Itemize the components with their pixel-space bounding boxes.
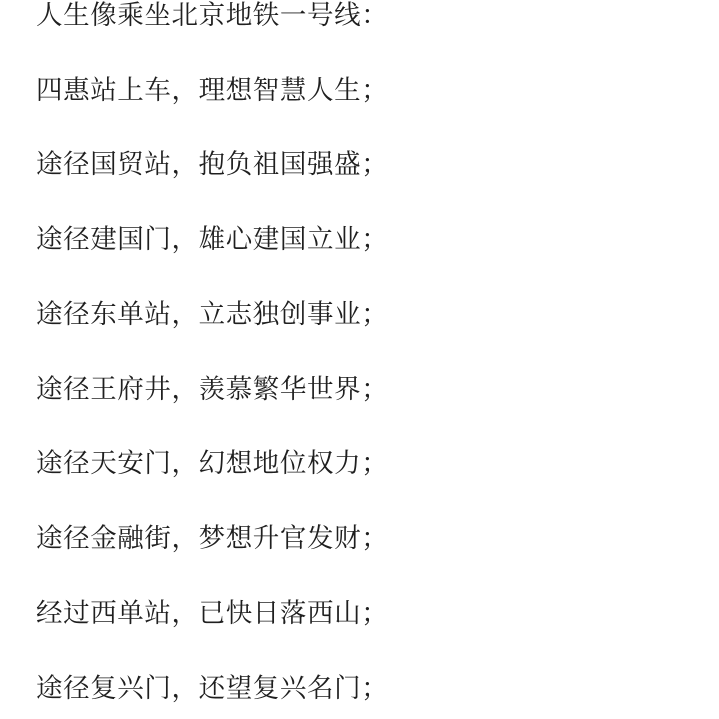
poem-line-7: 途径天安门，幻想地位权力； [36,447,388,481]
poem-line-5: 途径东单站，立志独创事业； [36,298,388,332]
poem-line-1: 人生像乘坐北京地铁一号线： [36,0,388,33]
poem-line-2: 四惠站上车，理想智慧人生； [36,74,388,108]
poem-line-9: 经过西单站，已快日落西山； [36,597,388,631]
poem-line-4: 途径建国门，雄心建国立业； [36,223,388,257]
poem-line-8: 途径金融街，梦想升官发财； [36,522,388,556]
poem-line-3: 途径国贸站，抱负祖国强盛； [36,148,388,182]
poem-line-10: 途径复兴门，还望复兴名门； [36,672,388,706]
poem-line-6: 途径王府井，羡慕繁华世界； [36,373,388,407]
